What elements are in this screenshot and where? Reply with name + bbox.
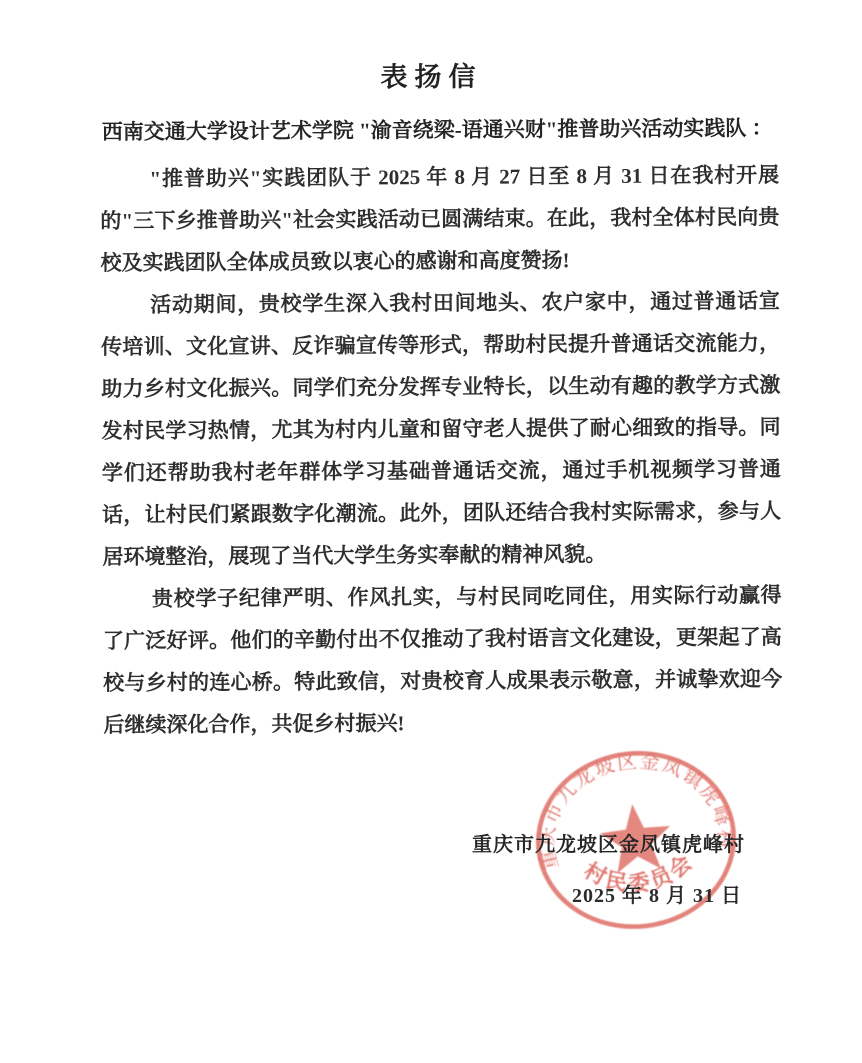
salutation-line: 西南交通大学设计艺术学院 "渝音绕梁-语通兴财"推普助兴活动实践队 ： — [102, 112, 779, 146]
letter-title: 表扬信 — [0, 0, 862, 97]
signature-line: 重庆市九龙坡区金凤镇虎峰村 — [472, 828, 745, 857]
paragraph: 贵校学子纪律严明、作风扎实，与村民同吃同住，用实际行动赢得了广泛好评。他们的辛勤… — [103, 574, 783, 746]
closing-block: 重庆市九龙坡区金凤镇虎峰村 2025 年 8 月 31 日 — [472, 828, 745, 908]
date-line: 2025 年 8 月 31 日 — [472, 879, 742, 908]
commendation-letter: 表扬信 西南交通大学设计艺术学院 "渝音绕梁-语通兴财"推普助兴活动实践队 ： … — [0, 0, 862, 1063]
letter-body: 表扬信 西南交通大学设计艺术学院 "渝音绕梁-语通兴财"推普助兴活动实践队 ： … — [0, 0, 862, 747]
paragraph: 活动期间，贵校学生深入我村田间地头、农户家中，通过普通话宣传培训、文化宣讲、反诈… — [101, 280, 782, 578]
paragraphs: "推普助兴"实践团队于 2025 年 8 月 27 日至 8 月 31 日在我村… — [100, 154, 783, 746]
paragraph: "推普助兴"实践团队于 2025 年 8 月 27 日至 8 月 31 日在我村… — [100, 154, 780, 284]
